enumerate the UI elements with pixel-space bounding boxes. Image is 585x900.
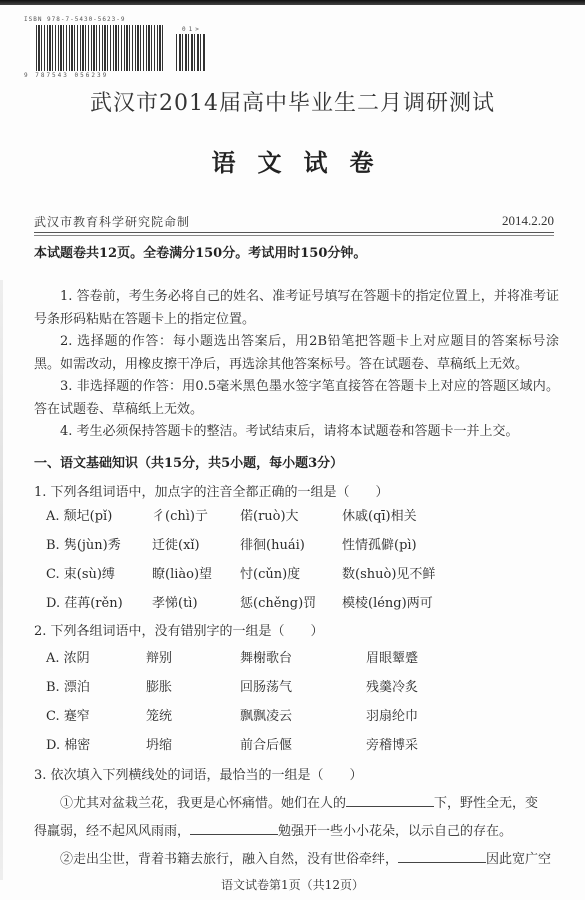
isbn-barcode: ISBN 978-7-5430-5623-9 01> 9 787543 0562… [24, 16, 214, 82]
exam-info: 本试题卷共12页。全卷满分150分。考试用时150分钟。 [34, 242, 366, 261]
passage-text: ②走出尘世，背着书籍去旅行，融入自然，没有世俗牵绊， [60, 852, 398, 867]
page-footer: 语文试卷第1页（共12页） [0, 876, 585, 893]
publisher: 武汉市教育科学研究院命制 [34, 213, 190, 230]
fill-blank-1 [346, 795, 434, 807]
passage-text: 勉强开一些小小花朵，以示自己的存在。 [278, 824, 512, 839]
barcode-addon-text: 01> [182, 26, 202, 33]
scan-smudge [0, 280, 3, 880]
option-cell: D. 荏苒(rěn) [46, 592, 123, 611]
passage-text: 得羸弱，经不起风风雨雨， [34, 824, 190, 839]
fill-blank-2 [190, 823, 278, 835]
option-cell: 飘飘凌云 [240, 705, 292, 724]
option-cell: C. 束(sù)缚 [46, 563, 115, 582]
publisher-row: 武汉市教育科学研究院命制 2014.2.20 [34, 213, 554, 231]
header-divider [34, 232, 554, 236]
option-cell: 残羹冷炙 [366, 676, 418, 695]
question-2-stem: 2. 下列各组词语中，没有错别字的一组是（ ） [34, 620, 324, 639]
option-cell: B. 漂泊 [46, 676, 90, 695]
option-cell: 孝悌(tì) [152, 592, 198, 611]
option-cell: D. 棉密 [46, 734, 90, 753]
option-cell: 瞭(liào)望 [152, 563, 212, 582]
option-cell: 惩(chěng)罚 [240, 592, 316, 611]
option-cell: B. 隽(jùn)秀 [46, 534, 121, 553]
isbn-text: ISBN 978-7-5430-5623-9 [24, 16, 125, 23]
option-cell: 休戚(qī)相关 [342, 505, 417, 524]
option-cell: 辩别 [146, 647, 172, 666]
note-item: 1. 答卷前，考生务必将自己的姓名、准考证号填写在答题卡的指定位置上，并将准考证… [34, 286, 559, 331]
option-cell: 徘徊(huái) [240, 534, 305, 553]
passage-sentence-2: ②走出尘世，背着书籍去旅行，融入自然，没有世俗牵绊，因此宽广空 [34, 846, 559, 874]
option-cell: 羽扇纶巾 [366, 705, 418, 724]
option-cell: 坍缩 [146, 734, 172, 753]
option-cell: 旁稽博采 [366, 734, 418, 753]
passage-sentence-1-cont: 得羸弱，经不起风风雨雨，勉强开一些小小花朵，以示自己的存在。 [34, 818, 559, 846]
question-3-passage: ①尤其对盆栽兰花，我更是心怀痛惜。她们在人的下，野性全无，变 得羸弱，经不起风风… [34, 790, 559, 874]
exam-title: 武汉市2014届高中毕业生二月调研测试 [0, 86, 585, 117]
option-cell: 迁徙(xǐ) [152, 534, 200, 553]
passage-sentence-1: ①尤其对盆栽兰花，我更是心怀痛惜。她们在人的下，野性全无，变 [34, 790, 559, 818]
barcode-addon-bars [176, 34, 206, 71]
option-cell: 模棱(léng)两可 [342, 592, 433, 611]
option-cell: C. 蹇窄 [46, 705, 90, 724]
option-cell: 彳(chì)亍 [152, 505, 208, 524]
subject-title: 语文试卷 [0, 143, 585, 178]
option-cell: 性情孤僻(pì) [342, 534, 417, 553]
note-item: 2. 选择题的作答：每小题选出答案后，用2B铅笔把答题卡上对应题目的答案标号涂黑… [34, 331, 559, 376]
exam-notes: 1. 答卷前，考生务必将自己的姓名、准考证号填写在答题卡的指定位置上，并将准考证… [34, 286, 559, 444]
barcode-bars [36, 25, 164, 71]
passage-text: 因此宽广空 [486, 852, 551, 867]
passage-text: ①尤其对盆栽兰花，我更是心怀痛惜。她们在人的 [60, 796, 346, 811]
option-cell: 笼统 [146, 705, 172, 724]
option-cell: 眉眼颦蹙 [366, 647, 418, 666]
option-cell: 舞榭歌台 [240, 647, 292, 666]
note-item: 3. 非选择题的作答：用0.5毫米黑色墨水签字笔直接答在答题卡上对应的答题区域内… [34, 376, 559, 421]
question-1-stem: 1. 下列各组词语中，加点字的注音全都正确的一组是（ ） [34, 481, 389, 500]
question-3-stem: 3. 依次填入下列横线处的词语，最恰当的一组是（ ） [34, 764, 363, 783]
option-cell: 回肠荡气 [240, 676, 292, 695]
option-cell: A. 浓阴 [46, 647, 90, 666]
exam-date: 2014.2.20 [502, 213, 554, 229]
passage-text: 下，野性全无，变 [434, 796, 538, 811]
scan-edge [0, 0, 585, 5]
fill-blank-3 [398, 851, 486, 863]
note-item: 4. 考生必须保持答题卡的整洁。考试结束后，请将本试题卷和答题卡一并上交。 [34, 421, 559, 444]
option-cell: 忖(cǔn)度 [240, 563, 300, 582]
ean-digits: 9 787543 056239 [24, 72, 108, 79]
option-cell: 膨胀 [146, 676, 172, 695]
option-cell: 偌(ruò)大 [240, 505, 299, 524]
exam-page: ISBN 978-7-5430-5623-9 01> 9 787543 0562… [0, 0, 585, 900]
option-cell: 前合后偃 [240, 734, 292, 753]
option-cell: A. 颓圮(pǐ) [46, 505, 112, 524]
option-cell: 数(shuò)见不鲜 [342, 563, 435, 582]
section-heading: 一、语文基础知识（共15分，共5小题，每小题3分） [34, 452, 343, 471]
